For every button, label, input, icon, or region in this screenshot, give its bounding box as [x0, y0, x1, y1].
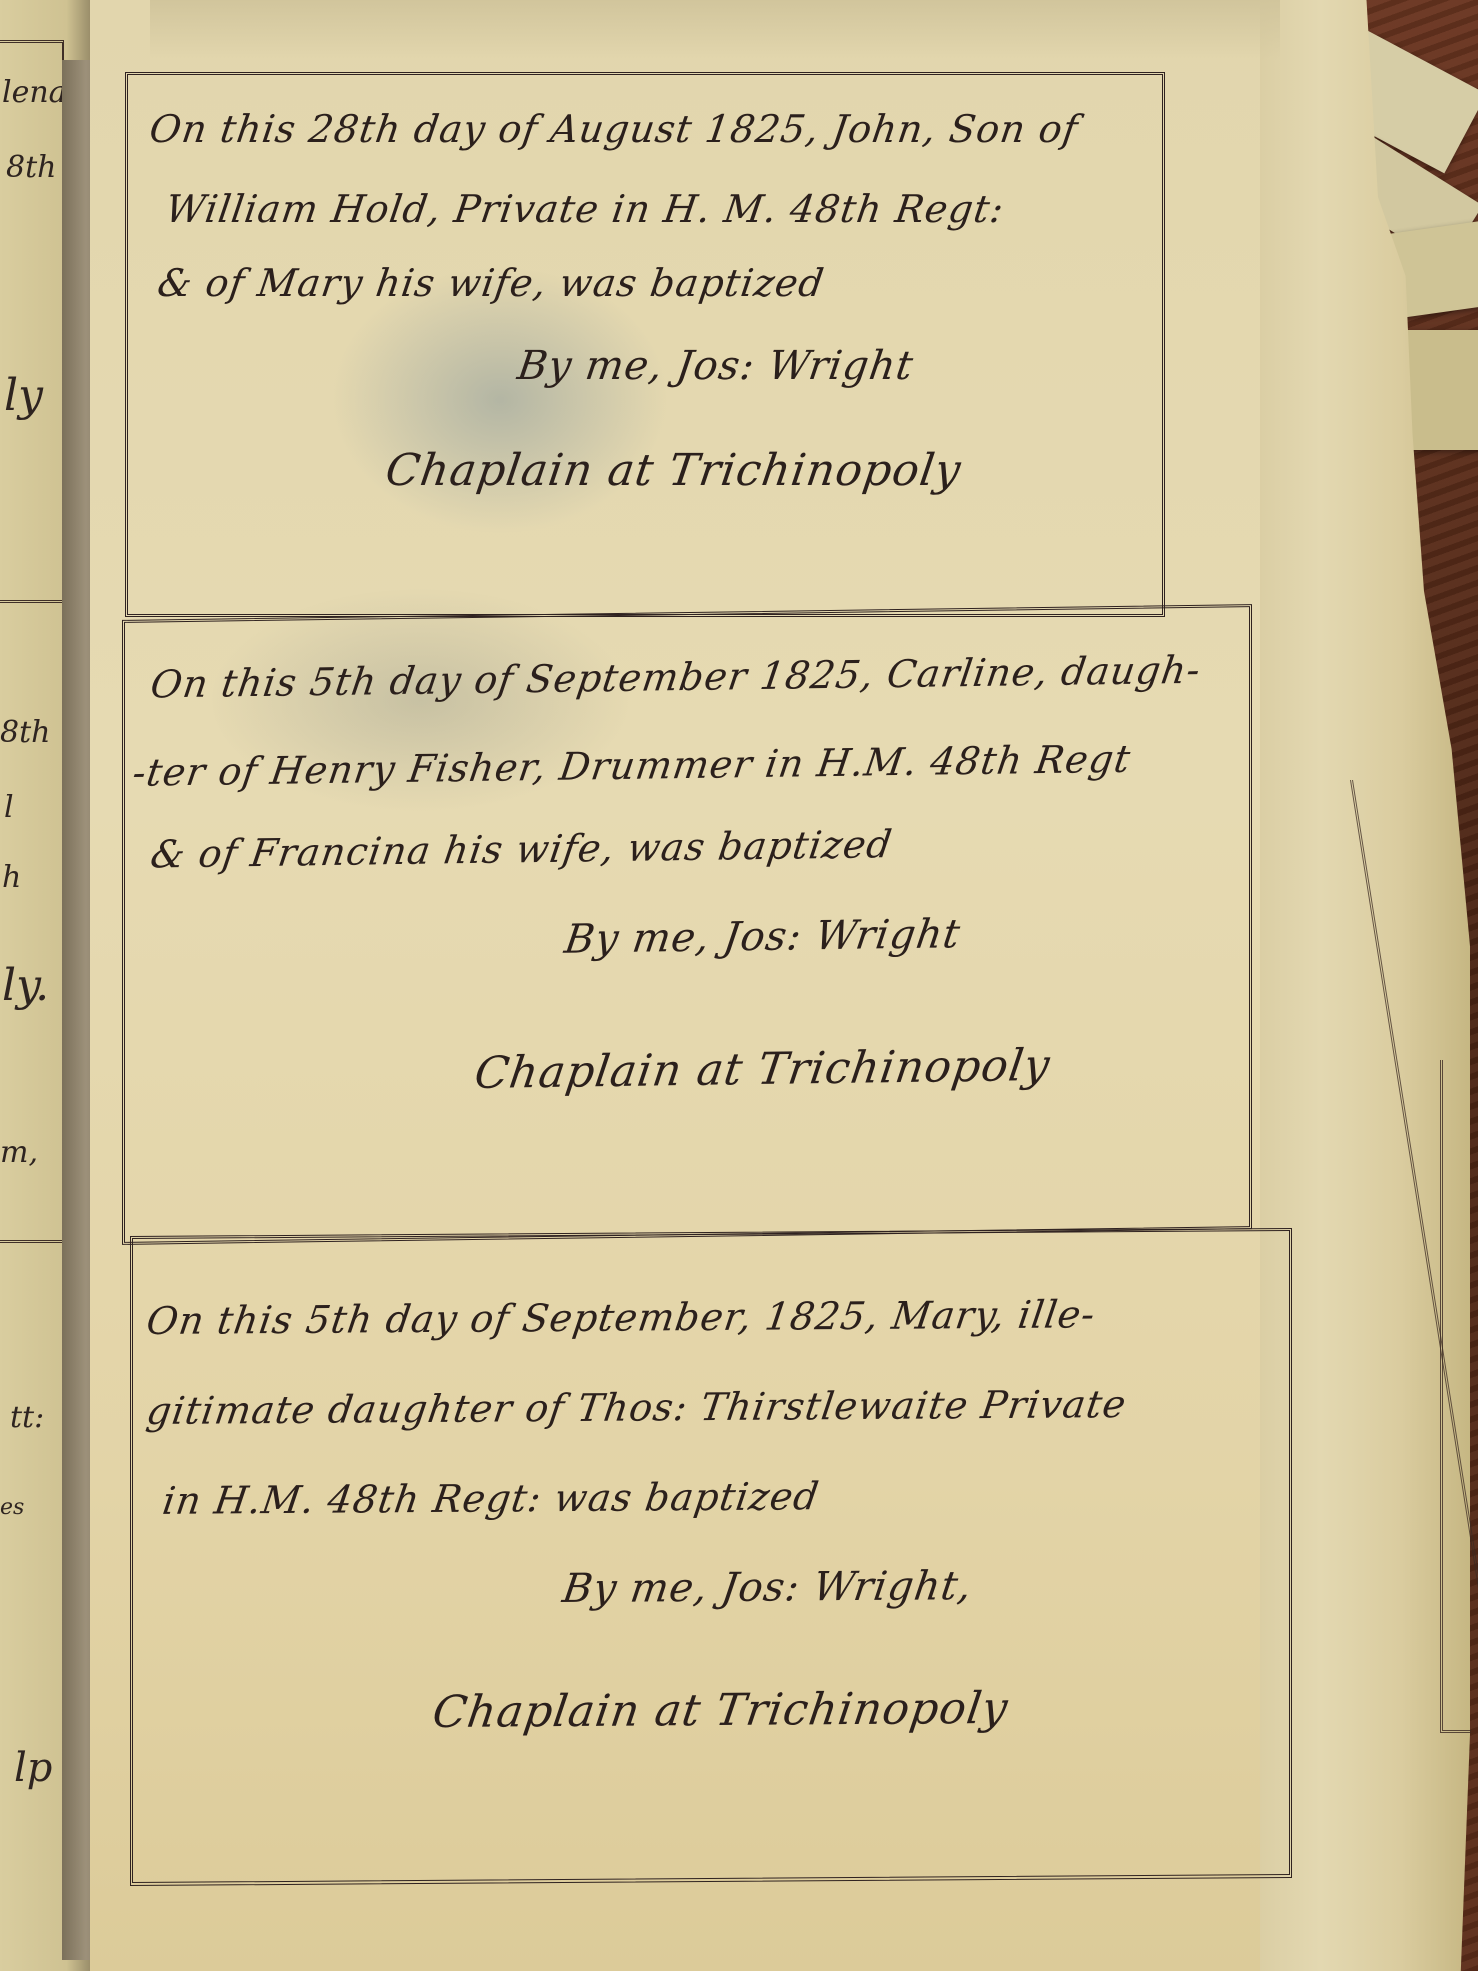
- right-page-ruled-box: [1440, 1060, 1471, 1733]
- signature: By me, Jos: Wright: [515, 343, 917, 389]
- entry-line: -ter of Henry Fisher, Drummer in H.M. 48…: [130, 737, 1134, 795]
- chaplain-title: Chaplain at Trichinopoly: [471, 1040, 1053, 1099]
- left-page-ruled-box: [0, 1240, 64, 1923]
- left-page-text: tt:: [10, 1400, 44, 1435]
- left-page-text: ly: [4, 370, 43, 421]
- entry-line: gitimate daughter of Thos: Thirstlewaite…: [144, 1382, 1129, 1433]
- baptism-entry-1: On this 28th day of August 1825, John, S…: [125, 72, 1165, 617]
- left-page-text: es: [0, 1495, 24, 1520]
- left-page-text: lp: [14, 1745, 52, 1791]
- left-page-text: m,: [0, 1135, 38, 1170]
- entry-line: On this 28th day of August 1825, John, S…: [147, 107, 1081, 151]
- entry-line: William Hold, Private in H. M. 48th Regt…: [163, 187, 1007, 231]
- entry-line: in H.M. 48th Regt: was baptized: [160, 1474, 822, 1523]
- left-page-text: ly.: [2, 960, 49, 1011]
- signature: By me, Jos: Wright,: [560, 1563, 975, 1612]
- left-page-text: lena: [2, 75, 67, 110]
- entry-line: & of Francina his wife, was baptized: [148, 822, 895, 876]
- chaplain-title: Chaplain at Trichinopoly: [429, 1683, 1011, 1738]
- entry-line: On this 5th day of September 1825, Carli…: [148, 648, 1204, 707]
- left-page-text: h: [2, 860, 21, 895]
- signature: By me, Jos: Wright: [562, 911, 964, 963]
- left-page-ruled-box: [0, 40, 64, 603]
- entry-line: On this 5th day of September, 1825, Mary…: [144, 1292, 1098, 1343]
- chaplain-title: Chaplain at Trichinopoly: [382, 445, 964, 496]
- baptism-entry-2: On this 5th day of September 1825, Carli…: [122, 604, 1252, 1245]
- left-page-text: 8th: [6, 150, 56, 185]
- baptism-entry-3: On this 5th day of September, 1825, Mary…: [130, 1228, 1292, 1886]
- left-page-text: 8th: [0, 715, 50, 750]
- left-page-text: l: [4, 790, 14, 825]
- entry-line: & of Mary his wife, was baptized: [155, 261, 827, 305]
